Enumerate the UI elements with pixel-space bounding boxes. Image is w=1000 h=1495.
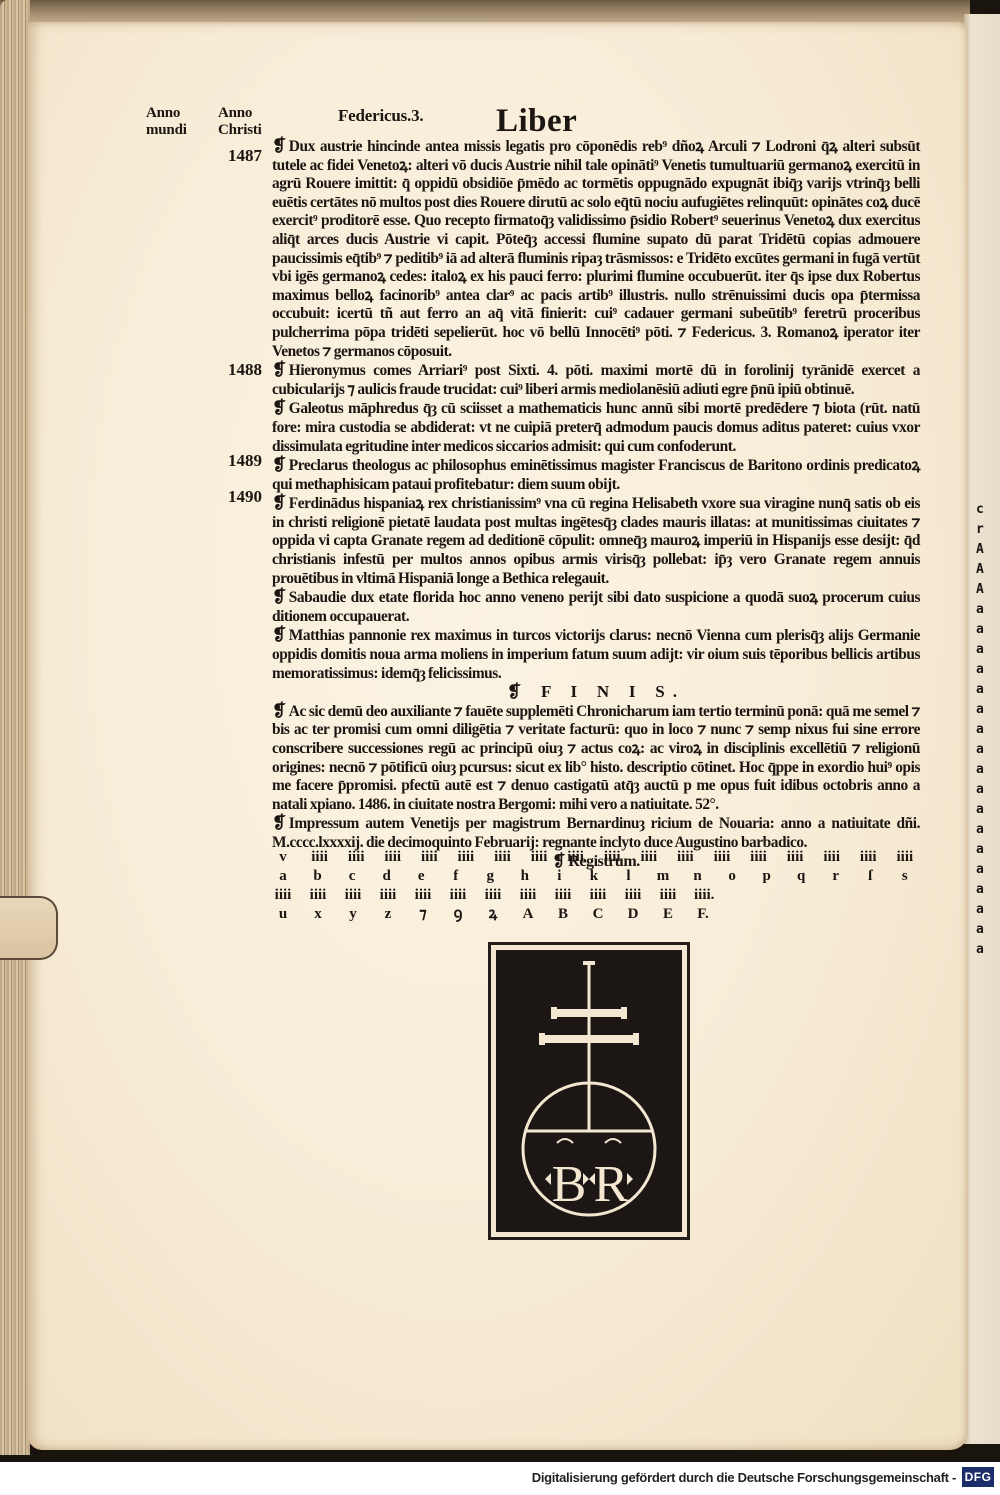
colophon-paragraph: ❡Ac sic demū deo auxiliante ⁊ fauēte sup…	[272, 702, 920, 815]
registrum-cell: i	[550, 867, 568, 886]
paragraph-mark-icon: ❡	[272, 813, 286, 832]
paragraph-mark-icon: ❡	[272, 360, 286, 379]
registrum-cell: c	[343, 867, 361, 886]
registrum-cell: A	[519, 905, 537, 924]
registrum-cell: iiii	[554, 886, 572, 905]
facing-page-glyph: a	[976, 860, 1000, 880]
facing-page-text-fragment: crAAAaaaaaaaaaaaaaaaaaa	[976, 0, 1000, 1495]
registrum-cell: z	[379, 905, 397, 924]
facing-page-glyph: a	[976, 780, 1000, 800]
chronicle-entries: ❡Dux austrie hincinde antea missis legat…	[272, 137, 920, 683]
registrum-cell: iiii	[493, 848, 511, 867]
registrum-cell: iiii.	[694, 886, 714, 905]
registrum-cell: o	[723, 867, 741, 886]
facing-page-glyph: a	[976, 620, 1000, 640]
registrum-cell: iiii	[589, 886, 607, 905]
registrum-cell: s	[896, 867, 914, 886]
paragraph-mark-icon: ❡	[272, 587, 286, 606]
registrum-cell: F.	[694, 905, 712, 924]
chronicle-entry: ❡Matthias pannonie rex maximus in turcos…	[272, 626, 920, 683]
registrum-cell: e	[412, 867, 430, 886]
registrum-cell: ꝝ	[484, 905, 502, 924]
registrum-table: viiiiiiiiiiiiiiiiiiiiiiiiiiiiiiiiiiiiiii…	[274, 848, 914, 924]
registrum-cell: iiii	[311, 848, 329, 867]
footer-credit-bar: Digitalisierung gefördert durch die Deut…	[0, 1462, 1000, 1495]
facing-page-glyph: a	[976, 880, 1000, 900]
bookmark-tab[interactable]	[0, 896, 58, 960]
running-title: Federicus.3.	[338, 107, 423, 124]
registrum-cell: E	[659, 905, 677, 924]
registrum-cell: iiii	[274, 886, 292, 905]
header-anno-mundi: Anno mundi	[146, 105, 187, 139]
chronicle-entry: ❡Sabaudie dux etate florida hoc anno ven…	[272, 588, 920, 626]
entry-text: Sabaudie dux etate florida hoc anno vene…	[272, 589, 920, 625]
facing-page-glyph: a	[976, 680, 1000, 700]
book-label: Liber	[496, 103, 577, 139]
svg-text:B: B	[552, 1156, 587, 1213]
facing-page-glyph: a	[976, 720, 1000, 740]
colophon-paragraph: ❡Impressum autem Venetijs per magistrum …	[272, 814, 920, 852]
registrum-cell: iiii	[896, 848, 914, 867]
entry-text: Galeotus māphredus q̄ȝ cū sciisset a mat…	[272, 400, 920, 454]
registrum-cell: y	[344, 905, 362, 924]
facing-page-glyph: a	[976, 800, 1000, 820]
registrum-cell: f	[447, 867, 465, 886]
registrum-cell: k	[585, 867, 603, 886]
registrum-cell: n	[689, 867, 707, 886]
registrum-cell: iiii	[676, 848, 694, 867]
entry-text: Preclarus theologus ac philosophus eminē…	[272, 457, 920, 493]
dfg-logo[interactable]: DFG	[962, 1467, 994, 1487]
facing-page-glyph: A	[976, 580, 1000, 600]
year-marker: 1490	[228, 487, 262, 507]
registrum-cell: iiii	[457, 848, 475, 867]
facing-page-glyph: c	[976, 500, 1000, 520]
entry-text: Matthias pannonie rex maximus in turcos …	[272, 627, 920, 681]
chronicle-entry: ❡Preclarus theologus ac philosophus emin…	[272, 456, 920, 494]
facing-page-glyph: a	[976, 920, 1000, 940]
paragraph-mark-icon: ❡	[272, 493, 286, 512]
registrum-cell: iiii	[449, 886, 467, 905]
registrum-cell: B	[554, 905, 572, 924]
facing-page-glyph: a	[976, 640, 1000, 660]
year-marker: 1487	[228, 146, 262, 166]
registrum-cell: iiii	[420, 848, 438, 867]
registrum-cell: iiii	[624, 886, 642, 905]
paragraph-mark-icon: ❡	[272, 701, 286, 720]
registrum-cell: iiii	[640, 848, 658, 867]
registrum-cell: iiii	[484, 886, 502, 905]
registrum-cell: iiii	[384, 848, 402, 867]
svg-text:R: R	[594, 1156, 629, 1213]
registrum-cell: ⁊	[414, 905, 432, 924]
registrum-row-counts-1: viiiiiiiiiiiiiiiiiiiiiiiiiiiiiiiiiiiiiii…	[274, 848, 914, 867]
facing-page-glyph: a	[976, 600, 1000, 620]
registrum-cell: r	[827, 867, 845, 886]
registrum-cell: g	[481, 867, 499, 886]
registrum-cell: ꝯ	[449, 905, 467, 924]
registrum-cell: iiii	[750, 848, 768, 867]
registrum-cell: v	[274, 848, 292, 867]
header-anno-christi: Anno Christi	[218, 105, 262, 139]
printer-device-icon: B R	[499, 953, 679, 1229]
registrum-cell: p	[758, 867, 776, 886]
entry-text: Ac sic demū deo auxiliante ⁊ fauēte supp…	[272, 703, 920, 813]
facing-page-glyph: a	[976, 700, 1000, 720]
entry-text: Hieronymus comes Arriari⁹ post Sixti. 4.…	[272, 362, 920, 398]
facing-page-glyph: A	[976, 540, 1000, 560]
facing-page-glyph: a	[976, 840, 1000, 860]
header-anno-christi-line2: Christi	[218, 122, 262, 139]
digitization-credit: Digitalisierung gefördert durch die Deut…	[532, 1470, 956, 1485]
registrum-cell: iiii	[659, 886, 677, 905]
chronicle-entry: ❡Galeotus māphredus q̄ȝ cū sciisset a ma…	[272, 399, 920, 456]
entry-text: Impressum autem Venetijs per magistrum B…	[272, 815, 920, 851]
chronicle-body: ❡Dux austrie hincinde antea missis legat…	[272, 137, 920, 871]
chronicle-entry: ❡Ferdinādus hispaniaꝝ rex christianissim…	[272, 494, 920, 588]
facing-page-glyph: A	[976, 560, 1000, 580]
facing-page-glyph: a	[976, 760, 1000, 780]
facing-page-glyph: a	[976, 900, 1000, 920]
entry-text: Dux austrie hincinde antea missis legati…	[272, 138, 920, 360]
registrum-cell: iiii	[379, 886, 397, 905]
registrum-cell: iiii	[414, 886, 432, 905]
registrum-cell: iiii	[859, 848, 877, 867]
registrum-cell: iiii	[823, 848, 841, 867]
registrum-cell: h	[516, 867, 534, 886]
colophon: ❡Ac sic demū deo auxiliante ⁊ fauēte sup…	[272, 702, 920, 853]
registrum-cell: iiii	[530, 848, 548, 867]
registrum-cell: C	[589, 905, 607, 924]
scan-background: crAAAaaaaaaaaaaaaaaaaaa Anno mundi Anno …	[0, 0, 1000, 1462]
paragraph-mark-icon: ❡	[272, 136, 286, 155]
facing-page-glyph: a	[976, 660, 1000, 680]
paragraph-mark-icon: ❡	[272, 625, 286, 644]
registrum-cell: iiii	[309, 886, 327, 905]
entry-text: Ferdinādus hispaniaꝝ rex christianissim⁹…	[272, 495, 920, 586]
registrum-cell: x	[309, 905, 327, 924]
year-marker: 1489	[228, 451, 262, 471]
header-anno-christi-line1: Anno	[218, 105, 262, 122]
paragraph-mark-icon: ❡	[272, 398, 286, 417]
chronicle-entry: ❡Dux austrie hincinde antea missis legat…	[272, 137, 920, 361]
registrum-row-signatures-1: abcdefghiklmnopqrſs	[274, 867, 914, 886]
header-anno-mundi-line1: Anno	[146, 105, 187, 122]
facing-page-glyph: a	[976, 820, 1000, 840]
registrum-cell: l	[619, 867, 637, 886]
registrum-cell: a	[274, 867, 292, 886]
registrum-cell: iiii	[519, 886, 537, 905]
registrum-cell: iiii	[786, 848, 804, 867]
header-anno-mundi-line2: mundi	[146, 122, 187, 139]
registrum-cell: b	[309, 867, 327, 886]
registrum-row-counts-2: iiiiiiiiiiiiiiiiiiiiiiiiiiiiiiiiiiiiiiii…	[274, 886, 914, 905]
paragraph-mark-icon: ❡	[272, 455, 286, 474]
registrum-cell: u	[274, 905, 292, 924]
registrum-cell: D	[624, 905, 642, 924]
facing-page-glyph: a	[976, 940, 1000, 960]
registrum-cell: iiii	[603, 848, 621, 867]
page-stack-edge	[0, 0, 30, 1455]
registrum-cell: q	[792, 867, 810, 886]
printer-mark-woodcut: B R	[496, 950, 682, 1232]
registrum-cell: iiii	[344, 886, 362, 905]
facing-page-glyph: r	[976, 520, 1000, 540]
registrum-row-signatures-2: uxyz⁊ꝯꝝABCDEF.	[274, 905, 914, 924]
registrum-cell: m	[654, 867, 672, 886]
finis-heading: ❡ F I N I S.	[272, 683, 920, 702]
registrum-cell: d	[378, 867, 396, 886]
registrum-cell: iiii	[347, 848, 365, 867]
registrum-cell: iiii	[713, 848, 731, 867]
registrum-cell: iiii	[567, 848, 585, 867]
chronicle-entry: ❡Hieronymus comes Arriari⁹ post Sixti. 4…	[272, 361, 920, 399]
facing-page-glyph: a	[976, 740, 1000, 760]
year-marker: 1488	[228, 360, 262, 380]
registrum-cell: ſ	[861, 867, 879, 886]
